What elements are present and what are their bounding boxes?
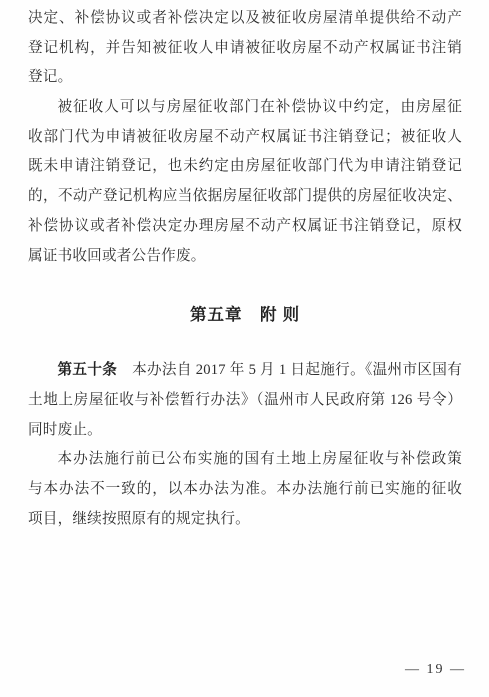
text-line: 同时废止。 [28,416,462,446]
text-line: 被征收人可以与房屋征收部门在补偿协议中约定，由房屋征 [28,93,462,123]
text-line: 与本办法不一致的，以本办法为准。本办法施行前已实施的征收 [28,475,462,505]
paragraph-transitional: 本办法施行前已公布实施的国有土地上房屋征收与补偿政策 与本办法不一致的，以本办法… [28,445,462,534]
text-line: 第五十条 本办法自 2017 年 5 月 1 日起施行。《温州市区国有 [28,356,462,386]
chapter-heading: 第五章 附 则 [28,300,462,330]
text-line: 本办法施行前已公布实施的国有土地上房屋征收与补偿政策 [28,445,462,475]
document-page: 决定、补偿协议或者补偿决定以及被征收房屋清单提供给不动产 登记机构，并告知被征收… [0,0,489,697]
text-line: 登记。 [28,63,462,93]
text-line: 属证书收回或者公告作废。 [28,242,462,272]
text-line: 补偿协议或者补偿决定办理房屋不动产权属证书注销登记，原权 [28,212,462,242]
text-line: 既未申请注销登记，也未约定由房屋征收部门代为申请注销登记 [28,152,462,182]
text-line: 登记机构，并告知被征收人申请被征收房屋不动产权属证书注销 [28,34,462,64]
paragraph-agreement: 被征收人可以与房屋征收部门在补偿协议中约定，由房屋征 收部门代为申请被征收房屋不… [28,93,462,271]
text-line: 项目，继续按照原有的规定执行。 [28,505,462,535]
text-line: 土地上房屋征收与补偿暂行办法》（温州市人民政府第 126 号令） [28,386,462,416]
article-number: 第五十条 [58,362,118,378]
document-body: 决定、补偿协议或者补偿决定以及被征收房屋清单提供给不动产 登记机构，并告知被征收… [28,4,462,534]
paragraph-article-50: 第五十条 本办法自 2017 年 5 月 1 日起施行。《温州市区国有 土地上房… [28,356,462,445]
paragraph-continuation: 决定、补偿协议或者补偿决定以及被征收房屋清单提供给不动产 登记机构，并告知被征收… [28,4,462,93]
text-line: 收部门代为申请被征收房屋不动产权属证书注销登记；被征收人 [28,123,462,153]
text-line: 的，不动产登记机构应当依据房屋征收部门提供的房屋征收决定、 [28,182,462,212]
page-number: — 19 — [405,662,466,678]
article-text: 本办法自 2017 年 5 月 1 日起施行。《温州市区国有 [117,362,462,378]
text-line: 决定、补偿协议或者补偿决定以及被征收房屋清单提供给不动产 [28,4,462,34]
